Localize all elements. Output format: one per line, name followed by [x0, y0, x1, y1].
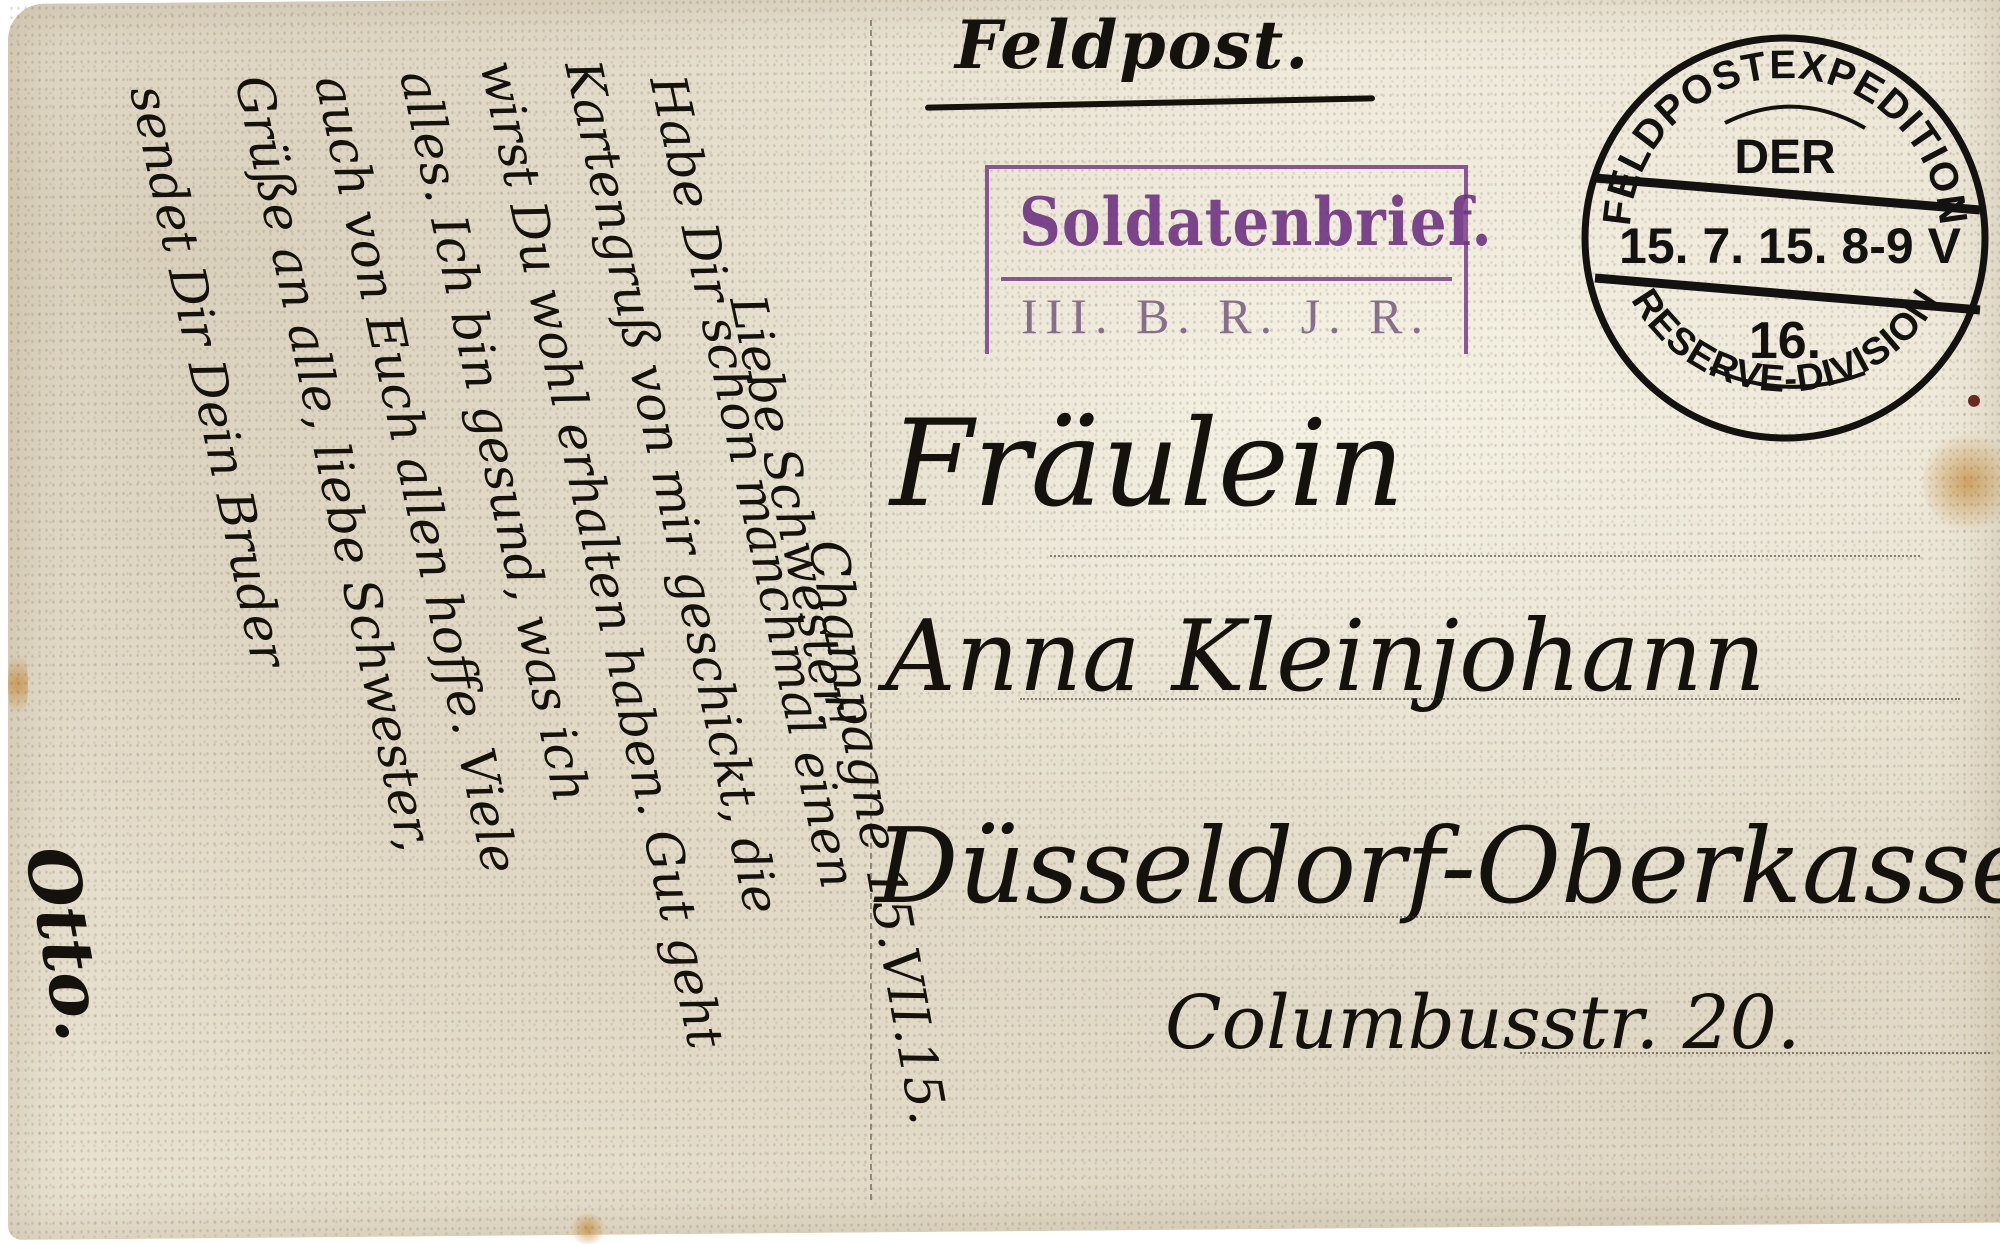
stamp-unit: III. B. R. J. R. [1021, 287, 1431, 345]
address-rule-1 [1050, 555, 1920, 557]
address-city: Düsseldorf-Oberkassel [875, 805, 2000, 927]
address-rule-4 [1520, 1052, 1990, 1054]
stamp-separator [1001, 277, 1452, 281]
rust-stain [8, 644, 28, 724]
address-rule-3 [1040, 916, 1990, 918]
address-name: Anna Kleinjohann [885, 600, 1766, 714]
address-salutation: Fräulein [890, 395, 1405, 534]
svg-text:15. 7. 15. 8-9 V: 15. 7. 15. 8-9 V [1619, 218, 1962, 274]
soldatenbrief-stamp: Soldatenbrief. III. B. R. J. R. [985, 165, 1468, 354]
address-rule-2 [1020, 698, 1960, 700]
stamp-title: Soldatenbrief. [1019, 183, 1493, 261]
svg-text:DER: DER [1734, 131, 1835, 184]
postmark-circle: FELDPOSTEXPEDITION DER 15. 7. 15. 8-9 V … [1575, 28, 1995, 448]
rust-stain [568, 1214, 608, 1244]
feldpost-header: Feldpost. [955, 6, 1310, 84]
postmark: FELDPOSTEXPEDITION DER 15. 7. 15. 8-9 V … [1575, 28, 1995, 448]
message-address-divider [870, 20, 872, 1200]
